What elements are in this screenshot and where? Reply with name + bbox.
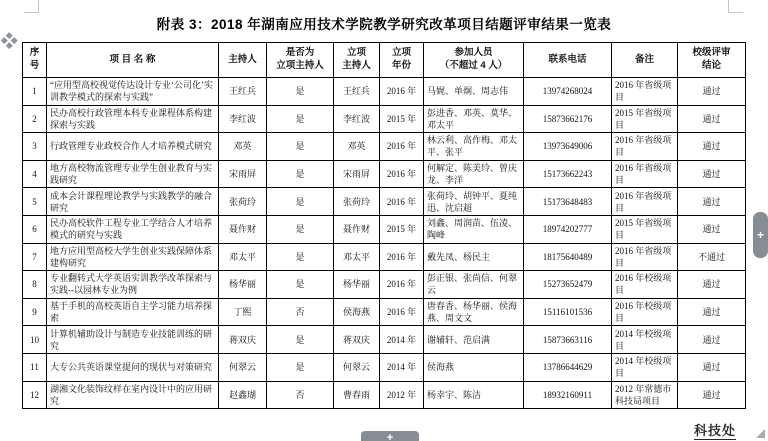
- cell-is-original-host: 是: [267, 133, 334, 161]
- cell-host: 聂作财: [219, 215, 267, 243]
- cell-serial: 8: [23, 271, 47, 299]
- table-row: 10 计算机辅助设计与制造专业技能训练的研究 蒋双庆 是 蒋双庆 2014 年 …: [23, 326, 746, 354]
- cell-year: 2015 年: [380, 105, 424, 133]
- cell-note: 2016 年省级项目: [612, 188, 678, 216]
- cell-project-name: 民办高校行政管理本科专业课程体系构建探索与实践: [47, 105, 219, 133]
- cell-year: 2012 年: [380, 381, 424, 409]
- cell-serial: 5: [23, 188, 47, 216]
- cell-host: 邓英: [219, 133, 267, 161]
- cell-original-host: 何翠云: [334, 353, 380, 381]
- cell-serial: 2: [23, 105, 47, 133]
- cell-serial: 9: [23, 298, 47, 326]
- cell-serial: 3: [23, 133, 47, 161]
- cell-phone: 18974202777: [524, 215, 612, 243]
- table-body: 1 “应用型高校视觉传达设计专业‘公司化’实训教学模式的探索与实践” 王红兵 是…: [23, 78, 746, 409]
- cell-year: 2016 年: [380, 160, 424, 188]
- cell-review-result: 通过: [678, 188, 746, 216]
- cell-participants: 林云利、高作梅、邓太平、张平: [424, 133, 524, 161]
- cell-review-result: 通过: [678, 271, 746, 299]
- table-row: 11 大专公共英语课堂提问的现状与对策研究 何翠云 是 何翠云 2014 年 侯…: [23, 353, 746, 381]
- cell-note: 2015 年省级项目: [612, 105, 678, 133]
- cell-participants: 张荷玲、胡钟平、夏纯迅、沈启超: [424, 188, 524, 216]
- col-header-project-name: 项 目 名 称: [47, 43, 219, 78]
- cell-phone: 15873663116: [524, 326, 612, 354]
- cell-host: 丁熙: [219, 298, 267, 326]
- cell-is-original-host: 否: [267, 298, 334, 326]
- col-header-year: 立项 年份: [380, 43, 424, 78]
- cell-serial: 7: [23, 243, 47, 271]
- table-row: 5 成本会计课程理论教学与实践教学的融合研究 张荷玲 是 张荷玲 2016 年 …: [23, 188, 746, 216]
- cell-phone: 15116101536: [524, 298, 612, 326]
- cell-review-result: 通过: [678, 78, 746, 106]
- cell-year: 2016 年: [380, 188, 424, 216]
- cell-phone: 15173648483: [524, 188, 612, 216]
- col-header-note: 备注: [612, 43, 678, 78]
- cell-is-original-host: 是: [267, 353, 334, 381]
- scroll-down-button[interactable]: +: [753, 212, 768, 258]
- cell-is-original-host: 是: [267, 78, 334, 106]
- cell-original-host: 蒋双庆: [334, 326, 380, 354]
- cell-review-result: 通过: [678, 353, 746, 381]
- cell-serial: 1: [23, 78, 47, 106]
- cell-is-original-host: 否: [267, 381, 334, 409]
- cell-note: 2015 年省级项目: [612, 215, 678, 243]
- table-row: 4 地方高校物流管理专业学生创业教育与实践研究 宋雨屏 是 宋雨屏 2016 年…: [23, 160, 746, 188]
- table-header-row: 序 号 项 目 名 称 主持人 是否为 立项主持人 立项 主持人 立项 年份 参…: [23, 43, 746, 78]
- plus-icon: +: [387, 432, 393, 441]
- cell-original-host: 张荷玲: [334, 188, 380, 216]
- cell-serial: 4: [23, 160, 47, 188]
- cell-participants: 马娓、单炯、周志伟: [424, 78, 524, 106]
- col-header-participants: 参加人员 （不超过 4 人）: [424, 43, 524, 78]
- page-title: 附表 3：2018 年湖南应用技术学院教学研究改革项目结题评审结果一览表: [0, 13, 768, 33]
- table-row: 8 专业翻转式大学英语实训教学改革探索与实践--以园林专业为例 杨华丽 是 杨华…: [23, 271, 746, 299]
- cell-review-result: 通过: [678, 105, 746, 133]
- cell-review-result: 通过: [678, 215, 746, 243]
- cell-serial: 12: [23, 381, 47, 409]
- cell-note: 2016 年校级项目: [612, 271, 678, 299]
- results-table: 序 号 项 目 名 称 主持人 是否为 立项主持人 立项 主持人 立项 年份 参…: [22, 42, 746, 409]
- cell-project-name: 民办高校软件工程专业工学结合人才培养模式的研究与实践: [47, 215, 219, 243]
- cell-review-result: 通过: [678, 133, 746, 161]
- col-header-original-host: 立项 主持人: [334, 43, 380, 78]
- plus-icon: +: [757, 228, 764, 242]
- cell-participants: 谢辅轩、范启满: [424, 326, 524, 354]
- cell-original-host: 李红波: [334, 105, 380, 133]
- cell-host: 李红波: [219, 105, 267, 133]
- cell-is-original-host: 是: [267, 105, 334, 133]
- cell-phone: 13974268024: [524, 78, 612, 106]
- department-stamp: 科技处: [694, 420, 736, 440]
- cell-serial: 10: [23, 326, 47, 354]
- cell-host: 宋雨屏: [219, 160, 267, 188]
- cell-original-host: 杨华丽: [334, 271, 380, 299]
- cell-is-original-host: 是: [267, 326, 334, 354]
- cell-phone: 13973649006: [524, 133, 612, 161]
- resize-corner-icon: [756, 429, 765, 438]
- cell-participants: 杨幸宇、陈洁: [424, 381, 524, 409]
- cell-note: 2016 年省级项目: [612, 160, 678, 188]
- page-corner-mark-top-left: [24, 0, 39, 13]
- cell-year: 2016 年: [380, 298, 424, 326]
- cell-serial: 11: [23, 353, 47, 381]
- cell-host: 张荷玲: [219, 188, 267, 216]
- cell-review-result: 通过: [678, 298, 746, 326]
- cell-host: 杨华丽: [219, 271, 267, 299]
- col-header-review-result: 校级评审 结论: [678, 43, 746, 78]
- cell-review-result: 通过: [678, 160, 746, 188]
- cell-phone: 13786644629: [524, 353, 612, 381]
- cell-review-result: 通过: [678, 326, 746, 354]
- cell-original-host: 侯海燕: [334, 298, 380, 326]
- table-row: 1 “应用型高校视觉传达设计专业‘公司化’实训教学模式的探索与实践” 王红兵 是…: [23, 78, 746, 106]
- cell-project-name: “应用型高校视觉传达设计专业‘公司化’实训教学模式的探索与实践”: [47, 78, 219, 106]
- table-row: 12 湖湘文化装饰纹样在室内设计中的应用研究 赵鑫瑚 否 曹春雨 2012 年 …: [23, 381, 746, 409]
- cell-is-original-host: 是: [267, 160, 334, 188]
- cell-is-original-host: 是: [267, 243, 334, 271]
- cell-host: 邓太平: [219, 243, 267, 271]
- cell-host: 王红兵: [219, 78, 267, 106]
- cell-original-host: 王红兵: [334, 78, 380, 106]
- cell-phone: 15173662243: [524, 160, 612, 188]
- cell-project-name: 地方应用型高校大学生创业实践保障体系建构研究: [47, 243, 219, 271]
- cell-year: 2016 年: [380, 271, 424, 299]
- cell-review-result: 不通过: [678, 243, 746, 271]
- cell-year: 2016 年: [380, 133, 424, 161]
- cell-year: 2014 年: [380, 353, 424, 381]
- cell-note: 2014 年校级项目: [612, 353, 678, 381]
- cell-original-host: 曹春雨: [334, 381, 380, 409]
- cell-host: 赵鑫瑚: [219, 381, 267, 409]
- cell-note: 2016 年校级项目: [612, 298, 678, 326]
- cell-is-original-host: 是: [267, 188, 334, 216]
- cell-is-original-host: 是: [267, 215, 334, 243]
- cell-note: 2012 年常德市科技局项目: [612, 381, 678, 409]
- cell-original-host: 邓太平: [334, 243, 380, 271]
- cell-phone: 18932160911: [524, 381, 612, 409]
- cell-note: 2016 年省级项目: [612, 78, 678, 106]
- cell-project-name: 专业翻转式大学英语实训教学改革探索与实践--以园林专业为例: [47, 271, 219, 299]
- cell-phone: 18175640489: [524, 243, 612, 271]
- cell-participants: 刘鑫、周润苗、伍凌、陶峰: [424, 215, 524, 243]
- col-header-serial: 序 号: [23, 43, 47, 78]
- col-header-phone: 联系电话: [524, 43, 612, 78]
- cell-note: 2014 年校级项目: [612, 326, 678, 354]
- col-header-host: 主持人: [219, 43, 267, 78]
- cell-phone: 15273652479: [524, 271, 612, 299]
- table-move-handle-icon[interactable]: [2, 33, 17, 48]
- cell-is-original-host: 是: [267, 271, 334, 299]
- table-row: 2 民办高校行政管理本科专业课程体系构建探索与实践 李红波 是 李红波 2015…: [23, 105, 746, 133]
- cell-project-name: 基于手机的高校英语自主学习能力培养探索: [47, 298, 219, 326]
- cell-host: 蒋双庆: [219, 326, 267, 354]
- cell-project-name: 计算机辅助设计与制造专业技能训练的研究: [47, 326, 219, 354]
- table-row: 9 基于手机的高校英语自主学习能力培养探索 丁熙 否 侯海燕 2016 年 唐春…: [23, 298, 746, 326]
- cell-note: 2016 年省级项目: [612, 243, 678, 271]
- cell-phone: 15873662176: [524, 105, 612, 133]
- col-header-is-original-host: 是否为 立项主持人: [267, 43, 334, 78]
- cell-participants: 彭进香、邓英、莫华、邓太平: [424, 105, 524, 133]
- cell-participants: 唐春香、杨华丽、侯海燕、周文文: [424, 298, 524, 326]
- page-corner-mark-top-right: [728, 0, 743, 13]
- table-row: 6 民办高校软件工程专业工学结合人才培养模式的研究与实践 聂作财 是 聂作财 2…: [23, 215, 746, 243]
- cell-participants: 何解定、陈美玲、曾庆龙、李洋: [424, 160, 524, 188]
- cell-project-name: 大专公共英语课堂提问的现状与对策研究: [47, 353, 219, 381]
- cell-project-name: 湖湘文化装饰纹样在室内设计中的应用研究: [47, 381, 219, 409]
- cell-review-result: 通过: [678, 381, 746, 409]
- table-row: 3 行政管理专业政校合作人才培养模式研究 邓英 是 邓英 2016 年 林云利、…: [23, 133, 746, 161]
- cell-host: 何翠云: [219, 353, 267, 381]
- cell-project-name: 地方高校物流管理专业学生创业教育与实践研究: [47, 160, 219, 188]
- cell-year: 2016 年: [380, 78, 424, 106]
- cell-original-host: 宋雨屏: [334, 160, 380, 188]
- scroll-right-button[interactable]: +: [361, 431, 419, 441]
- cell-original-host: 邓英: [334, 133, 380, 161]
- cell-year: 2015 年: [380, 215, 424, 243]
- cell-participants: 彭正银、张尚信、何翠云: [424, 271, 524, 299]
- cell-participants: 侯海燕: [424, 353, 524, 381]
- cell-note: 2016 年省级项目: [612, 133, 678, 161]
- cell-year: 2016 年: [380, 243, 424, 271]
- cell-project-name: 行政管理专业政校合作人才培养模式研究: [47, 133, 219, 161]
- cell-original-host: 聂作财: [334, 215, 380, 243]
- cell-project-name: 成本会计课程理论教学与实践教学的融合研究: [47, 188, 219, 216]
- cell-year: 2014 年: [380, 326, 424, 354]
- table-row: 7 地方应用型高校大学生创业实践保障体系建构研究 邓太平 是 邓太平 2016 …: [23, 243, 746, 271]
- cell-serial: 6: [23, 215, 47, 243]
- cell-participants: 戴先凤、杨民主: [424, 243, 524, 271]
